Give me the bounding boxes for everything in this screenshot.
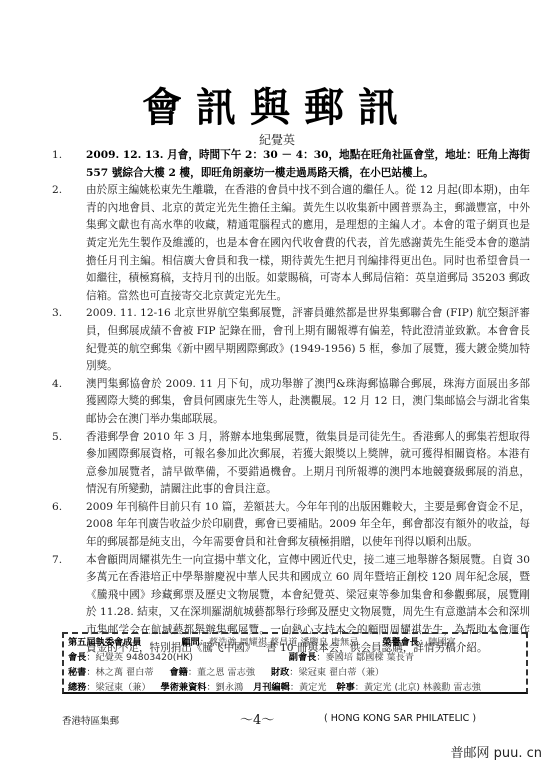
committee-row: 第五屆執委會成員 顧問：蔡浩強 周耀祺 蔡昌道 潘鑒良 唐無忌 榮譽會長：陳國富 [68, 635, 522, 650]
committee-heading: 第五屆執委會成員 [68, 637, 142, 648]
officers-value: ：黃定光 (北京) 林義勳 雷志強 [355, 682, 481, 693]
footer-english-title: ( HONG KONG SAR PHILATELIC ) [324, 713, 476, 724]
news-list: 1. 2009. 12. 13. 月會，時間下午 2：30 － 4：30，地點在… [52, 147, 530, 657]
committee-row: 秘書：林之萬 翟白蒂 會籍：董之恩 雷志強 財政：梁冠東 翟白蒂（兼） [68, 665, 522, 680]
item-text: 香港郵學會 2010 年 3 月，將辦本地集郵展覽，徵集員是司徒先生。香港郵人的… [86, 431, 530, 496]
treasurer-label: 財政 [271, 667, 289, 678]
item-number: 5. [52, 429, 72, 447]
document-page: 會訊與郵訊 紀覺英 1. 2009. 12. 13. 月會，時間下午 2：30 … [0, 0, 554, 768]
secretary-value: ：林之萬 翟白蒂 [86, 667, 153, 678]
academic-label: 學術兼資料 [161, 682, 207, 693]
list-item: 5. 香港郵學會 2010 年 3 月，將辦本地集郵展覽，徵集員是司徒先生。香港… [52, 429, 530, 499]
author-name: 紀覺英 [0, 133, 554, 147]
committee-box: 第五屆執委會成員 顧問：蔡浩強 周耀祺 蔡昌道 潘鑒良 唐無忌 榮譽會長：陳國富… [62, 632, 528, 694]
page-number: ～4～ [240, 709, 274, 728]
advisors-value: ：蔡浩強 周耀祺 蔡昌道 潘鑒良 唐無忌 [200, 637, 359, 648]
president-label: 會長 [68, 652, 86, 663]
academic-value: ：劉永鴻 [206, 682, 243, 693]
general-affairs-label: 總務 [68, 682, 86, 693]
item-text: 2009. 12. 13. 月會，時間下午 2：30 － 4：30，地點在旺角社… [86, 149, 530, 179]
editor-label: 月刊編輯 [253, 682, 290, 693]
item-number: 1. [52, 147, 72, 165]
item-number: 6. [52, 499, 72, 517]
list-item: 3. 2009. 11. 12-16 北京世界航空集郵展覽，評審員雖然都是世界集… [52, 305, 530, 375]
item-text: 2009 年刊稿件目前只有 10 篇，差額甚大。今年年刊的出版困難較大，主要是郵… [86, 501, 530, 548]
item-text: 由於原主編姚松東先生離職，在香港的會員中找不到合適的繼任人。從 12 月起(即本… [86, 184, 530, 302]
committee-row: 總務：梁冠東（兼） 學術兼資料：劉永鴻 月刊編輯：黃定光 幹事：黃定光 (北京)… [68, 680, 522, 695]
item-text: 2009. 11. 12-16 北京世界航空集郵展覽，評審員雖然都是世界集郵聯合… [86, 307, 530, 372]
item-number: 3. [52, 305, 72, 323]
item-number: 7. [52, 552, 72, 570]
editor-value: ：黃定光 [290, 682, 327, 693]
item-number: 2. [52, 182, 72, 200]
list-item: 4. 澳門集郵協會於 2009. 11 月下旬，成功舉辦了澳門&珠海郵協聯合郵展… [52, 376, 530, 429]
membership-label: 會籍 [169, 667, 187, 678]
honorary-president-label: 榮譽會長 [382, 637, 419, 648]
item-number: 4. [52, 376, 72, 394]
page-footer: 香港特區集郵 ～4～ ( HONG KONG SAR PHILATELIC ) [62, 711, 532, 727]
watermark: 普邮网 puu. cn [450, 742, 542, 761]
vice-president-value: ：麥國培 鄒國樑 葉長青 [316, 652, 414, 663]
list-item: 2. 由於原主編姚松東先生離職，在香港的會員中找不到合適的繼任人。從 12 月起… [52, 182, 530, 305]
advisors-label: 顧問 [181, 637, 199, 648]
honorary-president-value: ：陳國富 [419, 637, 456, 648]
treasurer-value: ：梁冠東 翟白蒂（兼） [289, 667, 384, 678]
vice-president-label: 副會長 [289, 652, 317, 663]
general-affairs-value: ：梁冠東（兼） [86, 682, 150, 693]
committee-row: 會長：紀覺英 94803420(HK) 副會長：麥國培 鄒國樑 葉長青 [68, 650, 522, 665]
list-item: 6. 2009 年刊稿件目前只有 10 篇，差額甚大。今年年刊的出版困難較大，主… [52, 499, 530, 552]
list-item: 1. 2009. 12. 13. 月會，時間下午 2：30 － 4：30，地點在… [52, 147, 530, 182]
officers-label: 幹事 [336, 682, 354, 693]
membership-value: ：董之恩 雷志強 [188, 667, 255, 678]
president-value: ：紀覺英 94803420(HK) [86, 652, 193, 663]
page-title: 會訊與郵訊 [0, 84, 554, 132]
footer-publication: 香港特區集郵 [62, 713, 119, 727]
item-text: 澳門集郵協會於 2009. 11 月下旬，成功舉辦了澳門&珠海郵協聯合郵展，珠海… [86, 378, 530, 425]
secretary-label: 秘書 [68, 667, 86, 678]
